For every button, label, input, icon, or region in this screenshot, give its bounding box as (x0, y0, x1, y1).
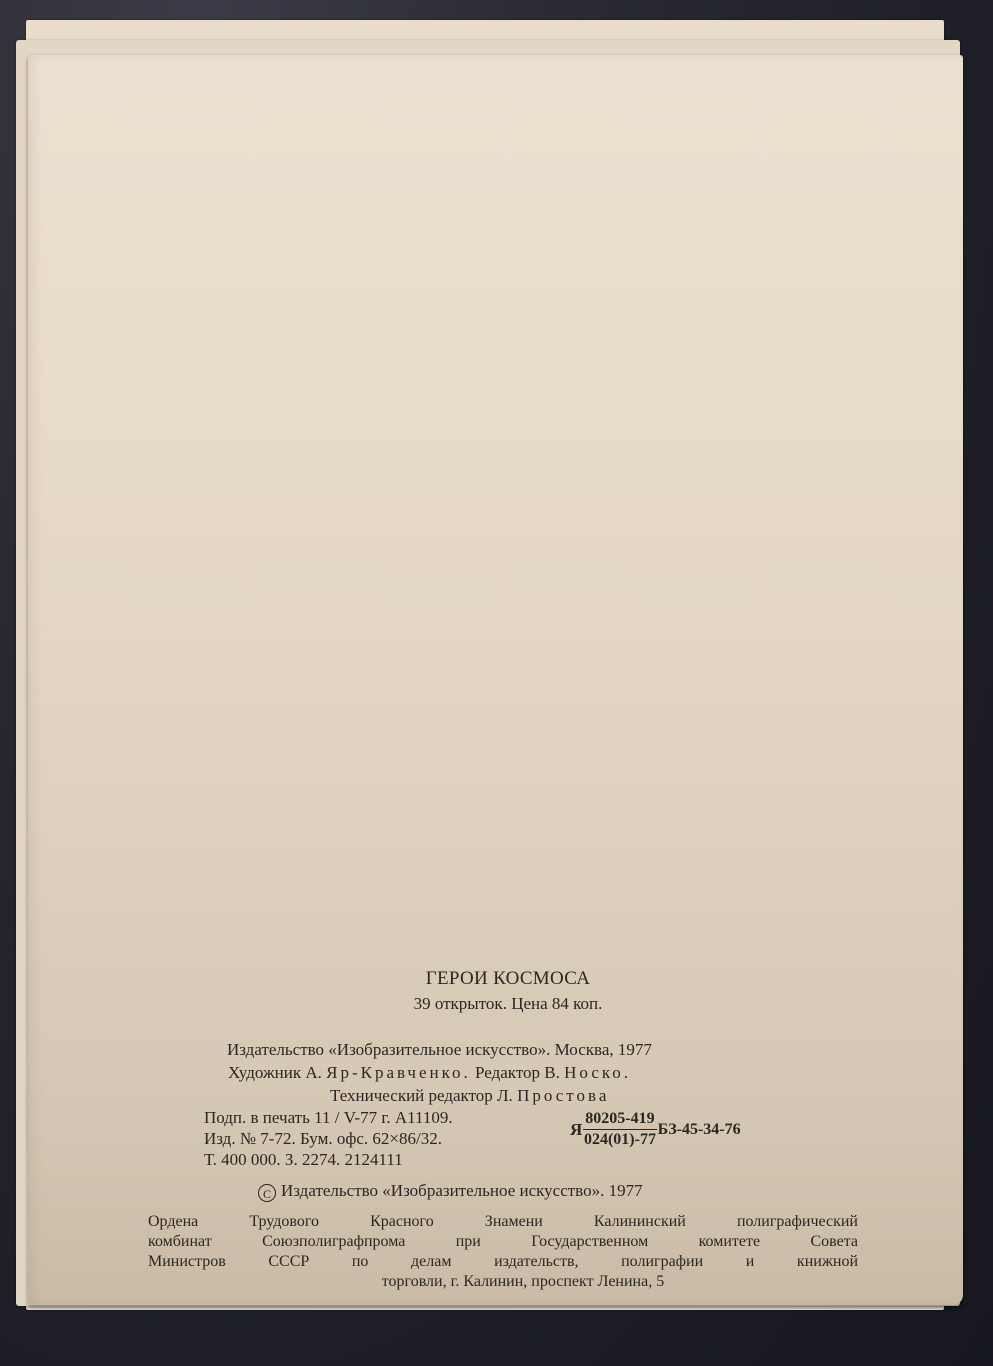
copyright-text: Издательство «Изобразительное искусство»… (281, 1181, 643, 1200)
artist-label: Художник (228, 1063, 301, 1082)
technical-editor-line: Технический редактор Л. Простова (330, 1086, 609, 1106)
copyright-icon: C (258, 1184, 276, 1202)
catalog-code-suffix: БЗ-45-34-76 (658, 1121, 741, 1139)
print-info-line: Подп. в печать 11 / V-77 г. А11109. (204, 1107, 453, 1128)
editor-initial: В. (544, 1063, 560, 1082)
technical-editor-name: Простова (517, 1086, 609, 1105)
artist-initial: А. (305, 1063, 322, 1082)
credits-line: Художник А. Яр-Кравченко. Редактор В. Но… (228, 1063, 631, 1083)
editor-label: Редактор (475, 1063, 540, 1082)
print-info-line: Изд. № 7-72. Бум. офс. 62×86/32. (204, 1128, 453, 1149)
postcard-set-cover: ГЕРОИ КОСМОСА 39 открыток. Цена 84 коп. … (28, 55, 963, 1305)
artist-name: Яр-Кравченко. (326, 1063, 471, 1082)
set-title: ГЕРОИ КОСМОСА (28, 968, 963, 990)
printer-line: Министров СССР по делам издательств, пол… (148, 1252, 858, 1272)
catalog-code: Я 80205-419 024(01)-77 БЗ-45-34-76 (570, 1110, 741, 1149)
catalog-code-prefix: Я (570, 1120, 582, 1140)
catalog-code-fraction: 80205-419 024(01)-77 (583, 1110, 656, 1149)
print-info-line: Т. 400 000. З. 2274. 2124111 (204, 1149, 453, 1170)
printer-line: Ордена Трудового Красного Знамени Калини… (148, 1212, 858, 1232)
print-info-block: Подп. в печать 11 / V-77 г. А11109. Изд.… (204, 1107, 453, 1170)
catalog-code-numerator: 80205-419 (583, 1110, 656, 1130)
printer-line: комбинат Союзполиграфпрома при Государст… (148, 1232, 858, 1252)
technical-editor-initial: Л. (497, 1086, 513, 1105)
technical-editor-label: Технический редактор (330, 1086, 493, 1105)
copyright-line: CИздательство «Изобразительное искусство… (258, 1181, 643, 1202)
catalog-code-denominator: 024(01)-77 (584, 1130, 656, 1149)
set-count-and-price: 39 открыток. Цена 84 коп. (28, 994, 963, 1014)
publisher-line: Издательство «Изобразительное искусство»… (227, 1040, 652, 1060)
printer-line: торговли, г. Калинин, проспект Ленина, 5 (148, 1272, 858, 1292)
editor-name: Носко. (564, 1063, 631, 1082)
printer-info: Ордена Трудового Красного Знамени Калини… (148, 1212, 858, 1292)
